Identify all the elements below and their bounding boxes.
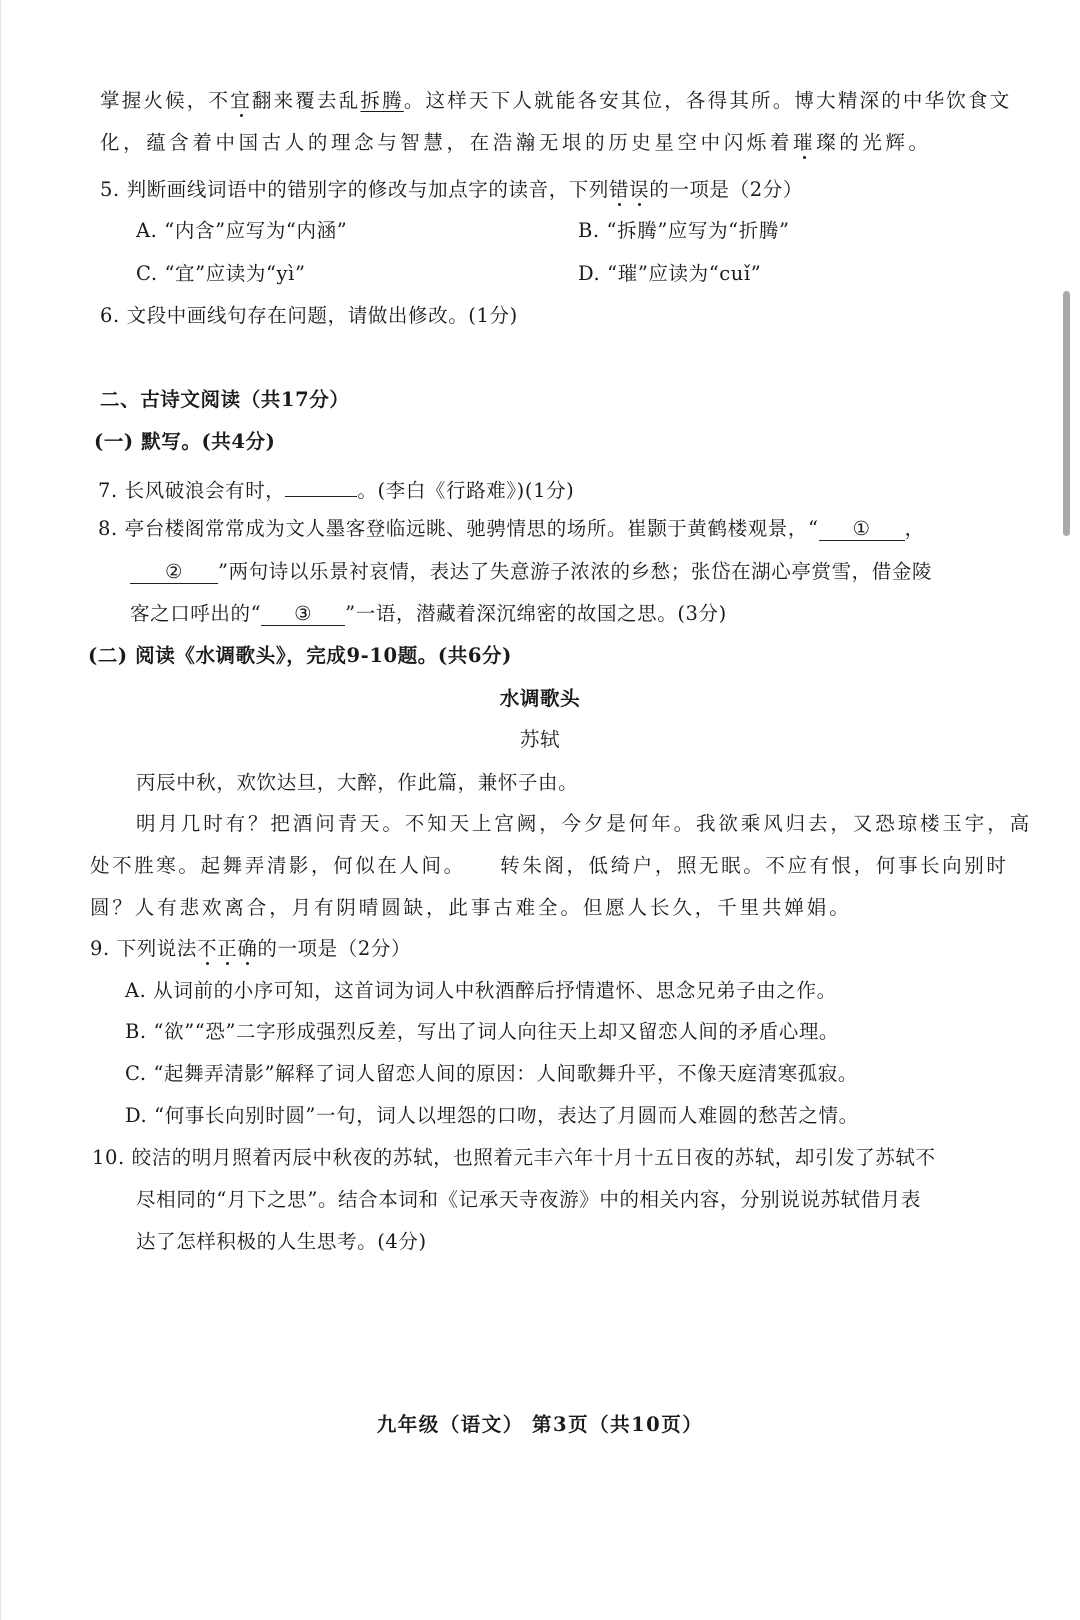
q7-answer-blank[interactable] [285,472,357,497]
section-heading: 二、古诗文阅读（共17分） [100,386,349,414]
passage-text: 璨的光辉。 [816,131,932,154]
poem-preface: 丙辰中秋，欢饮达旦，大醉，作此篇，兼怀子由。 [136,769,578,797]
question-10-line-1: 10. 皎洁的明月照着丙辰中秋夜的苏轼，也照着元丰六年十月十五日夜的苏轼，却引发… [92,1144,936,1172]
poem-line: 明月几时有？把酒问青天。不知天上宫阙，今夕是何年。我欲乘风归去，又恐琼楼玉宇，高 [136,810,1032,838]
passage-text: 。这样天下人就能各安其位，各得其所。博大精深的中华饮食文 [404,89,1012,112]
q9-stem-text: 的一项是（2分） [257,937,411,960]
option-label: A. [136,219,157,242]
dotted-char: 不 [197,937,217,960]
q8-text: ， [905,517,925,540]
part-1-heading: (一) 默写。(共4分) [94,428,275,456]
passage-text: 化，蕴含着中国古人的理念与智慧，在浩瀚无垠的历史星空中闪烁着 [100,131,793,154]
underlined-word: 拆腾 [360,89,403,112]
poem-line: 处不胜寒。起舞弄清影，何似在人间。 转朱阁，低绮户，照无眠。不应有恨，何事长向别… [90,852,1008,880]
page-edge [0,0,1,1620]
q5-option-b: B. “拆腾”应写为“折腾” [578,217,790,245]
q8-text: 客之口呼出的“ [130,602,261,625]
q8-blank-2[interactable]: ② [130,559,218,584]
question-8-line-3: 客之口呼出的“③”一语，潜藏着深沉绵密的故国之思。(3分) [130,600,727,628]
option-text: “璀”应读为“cuǐ” [607,262,761,285]
option-text: “内含”应写为“内涵” [164,219,347,242]
q9-option-a: A. 从词前的小序可知，这首词为词人中秋酒醉后抒情遣怀、思念兄弟子由之作。 [125,977,837,1005]
dotted-char: 误 [629,178,649,201]
option-text: “起舞弄清影”解释了词人留恋人间的原因：人间歌舞升平，不像天庭清寒孤寂。 [153,1062,858,1085]
q8-text: ”两句诗以乐景衬哀情，表达了失意游子浓浓的乡愁；张岱在湖心亭赏雪，借金陵 [218,560,932,583]
option-label: C. [125,1062,147,1085]
option-label: D. [125,1104,147,1127]
poem-line: 圆？人有悲欢离合，月有阴晴圆缺，此事古难全。但愿人长久，千里共婵娟。 [90,894,852,922]
dotted-char: 确 [237,937,257,960]
q8-text: 8. 亭台楼阁常常成为文人墨客登临远眺、驰骋情思的场所。崔颢于黄鹤楼观景，“ [98,517,819,540]
q9-option-b: B. “欲”“恐”二字形成强烈反差，写出了词人向往天上却又留恋人间的矛盾心理。 [125,1018,839,1046]
poem-title: 水调歌头 [0,685,1080,713]
question-8-line-1: 8. 亭台楼阁常常成为文人墨客登临远眺、驰骋情思的场所。崔颢于黄鹤楼观景，“①， [98,515,925,543]
q9-stem-text: 9. 下列说法 [90,937,197,960]
option-label: A. [125,979,146,1002]
passage-text: 掌握火候，不 [100,89,230,112]
question-10-line-2: 尽相同的“月下之思”。结合本词和《记承天寺夜游》中的相关内容，分别说说苏轼借月表 [136,1186,921,1214]
q7-text: 7. 长风破浪会有时， [98,479,285,502]
q5-stem-text: 5. 判断画线词语中的错别字的修改与加点字的读音，下列 [100,178,609,201]
q8-blank-3[interactable]: ③ [261,601,345,626]
option-label: B. [125,1020,147,1043]
q9-option-c: C. “起舞弄清影”解释了词人留恋人间的原因：人间歌舞升平，不像天庭清寒孤寂。 [125,1060,858,1088]
part-2-heading: (二) 阅读《水调歌头》，完成9-10题。(共6分) [88,642,512,670]
vertical-scrollbar[interactable] [1063,291,1070,536]
q9-option-d: D. “何事长向别时圆”一句，词人以埋怨的口吻，表达了月圆而人难圆的愁苦之情。 [125,1102,859,1130]
q8-text: ”一语，潜藏着深沉绵密的故国之思。(3分) [345,602,727,625]
passage-line-2: 化，蕴含着中国古人的理念与智慧，在浩瀚无垠的历史星空中闪烁着璀璨的光辉。 [100,129,932,157]
q5-option-c: C. “宜”应读为“yì” [136,260,306,288]
option-label: D. [578,262,600,285]
option-text: “欲”“恐”二字形成强烈反差，写出了词人向往天上却又留恋人间的矛盾心理。 [154,1020,839,1043]
passage-line-1: 掌握火候，不宜翻来覆去乱拆腾。这样天下人就能各安其位，各得其所。博大精深的中华饮… [100,87,1011,115]
dotted-char: 正 [217,937,237,960]
passage-text: 翻来覆去乱 [252,89,361,112]
option-text: “何事长向别时圆”一句，词人以埋怨的口吻，表达了月圆而人难圆的愁苦之情。 [154,1104,859,1127]
question-8-line-2: ②”两句诗以乐景衬哀情，表达了失意游子浓浓的乡愁；张岱在湖心亭赏雪，借金陵 [130,558,932,586]
q8-blank-1[interactable]: ① [819,516,905,541]
q5-option-a: A. “内含”应写为“内涵” [136,217,347,245]
dotted-char: 璀 [793,131,816,154]
dotted-char: 宜 [230,89,252,112]
question-10-line-3: 达了怎样积极的人生思考。(4分) [136,1228,427,1256]
option-text: 从词前的小序可知，这首词为词人中秋酒醉后抒情遣怀、思念兄弟子由之作。 [153,979,836,1002]
poem-author: 苏轼 [0,726,1080,754]
dotted-char: 错 [609,178,629,201]
option-label: C. [136,262,158,285]
page-footer: 九年级（语文） 第3页（共10页） [0,1411,1080,1439]
option-text: “宜”应读为“yì” [164,262,305,285]
question-7: 7. 长风破浪会有时，。(李白《行路难》)(1分) [98,472,574,505]
option-text: “拆腾”应写为“折腾” [607,219,790,242]
q5-stem-text: 的一项是（2分） [649,178,803,201]
q5-option-d: D. “璀”应读为“cuǐ” [578,260,761,288]
option-label: B. [578,219,600,242]
question-6: 6. 文段中画线句存在问题，请做出修改。(1分) [100,302,518,330]
q7-text: 。(李白《行路难》)(1分) [357,479,574,502]
question-9-stem: 9. 下列说法不正确的一项是（2分） [90,935,411,963]
question-5-stem: 5. 判断画线词语中的错别字的修改与加点字的读音，下列错误的一项是（2分） [100,176,803,204]
